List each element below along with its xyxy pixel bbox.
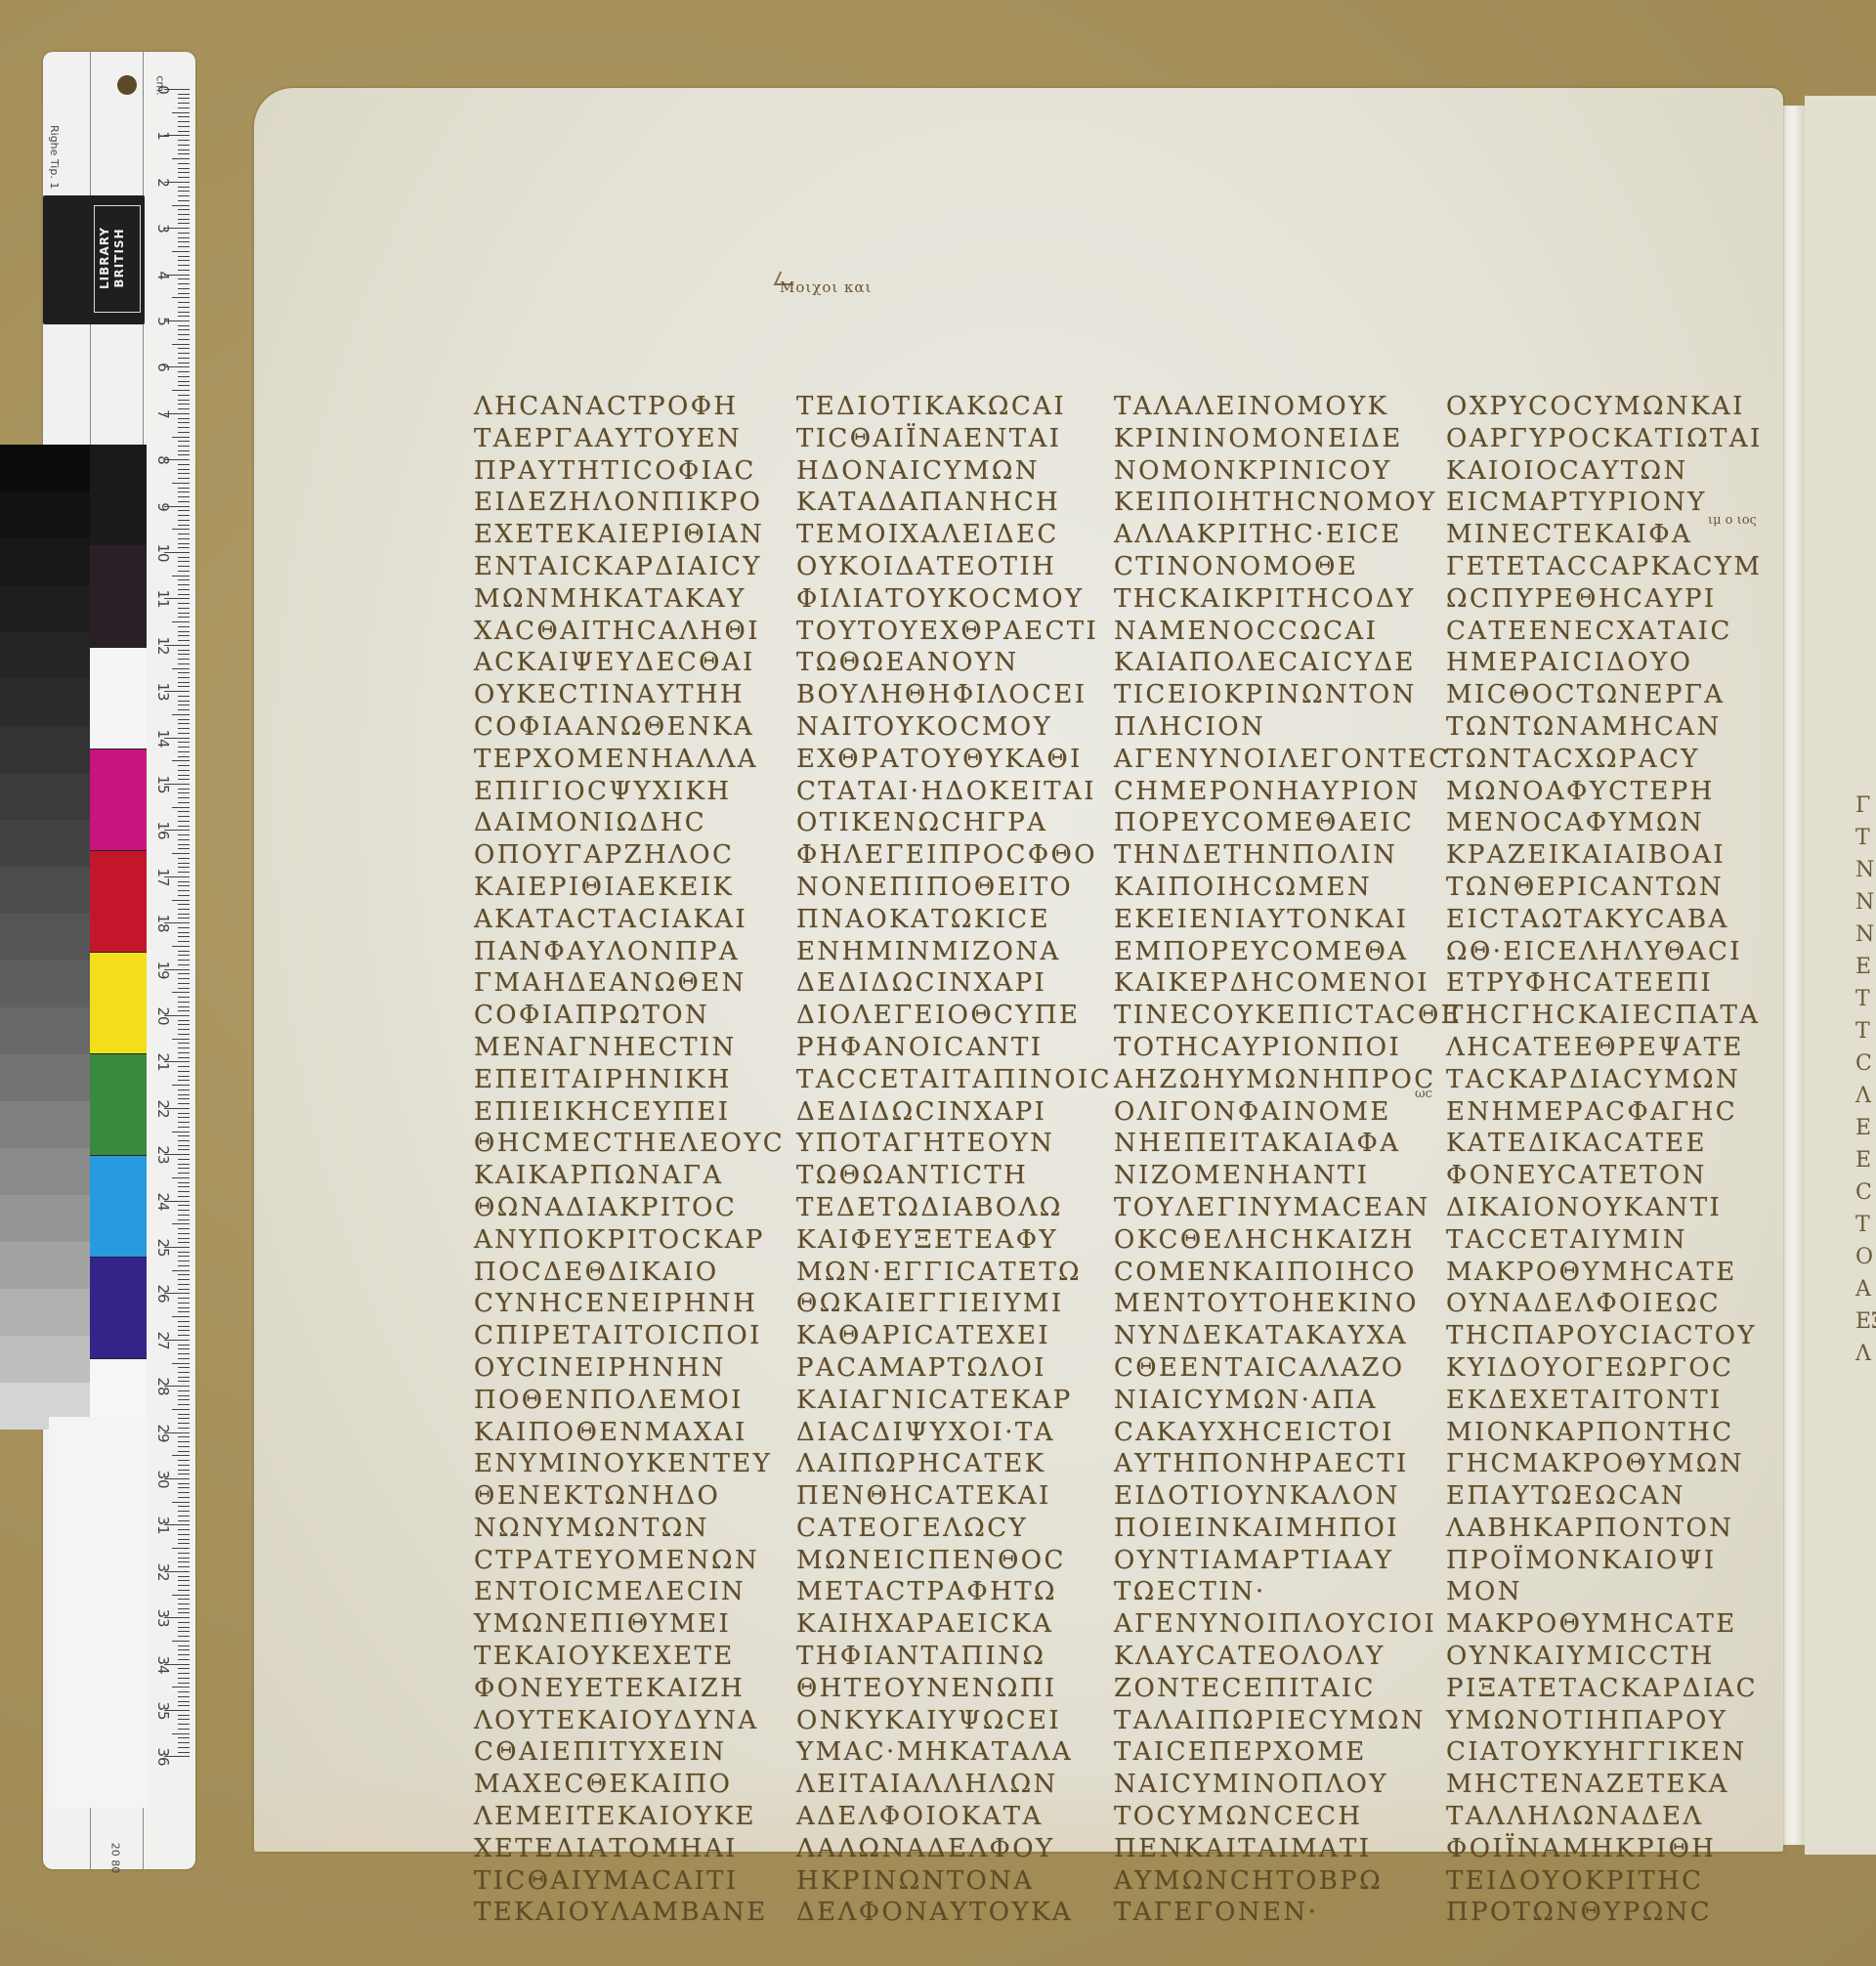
ruler-cm-label: 23 [154, 1140, 172, 1170]
ruler-tick [172, 297, 190, 298]
manuscript-line: ΠΛΗϹΙΟΝ [1114, 711, 1462, 744]
ruler-tick [178, 723, 190, 724]
ruler-tick [172, 1455, 190, 1456]
ruler-tick [178, 881, 190, 882]
ruler-tick [178, 450, 190, 451]
ruler-tick [178, 1135, 190, 1136]
gray-step [0, 961, 90, 1007]
ruler-tick [178, 672, 190, 673]
ruler-tick [178, 733, 190, 734]
ruler-tick [164, 1432, 190, 1433]
facing-page-letter: Α [1855, 1273, 1871, 1305]
color-patch-strip [90, 445, 147, 1461]
facing-page-letter: ΕΞ [1855, 1305, 1876, 1338]
manuscript-line: ΠΟΙΕΙΝΚΑΙΜΗΠΟΙ [1114, 1513, 1462, 1545]
ruler-cm-label: 5 [154, 307, 172, 336]
manuscript-line: ΚΑΘΑΡΙϹΑΤΕΧΕΙ [796, 1320, 1112, 1352]
ruler-tick [178, 1029, 190, 1030]
ruler-cm-label: 4 [154, 261, 172, 290]
ruler-tick [178, 1441, 190, 1442]
facing-page-letter: Ε [1855, 951, 1871, 983]
ruler-tick [178, 584, 190, 585]
ruler-tick [178, 1348, 190, 1349]
manuscript-line: ΤΙϹΘΑΙΥΜΑϹΑΙΤΙ [474, 1865, 785, 1898]
ruler-tick [178, 960, 190, 961]
manuscript-line: ΛΑΙΠΩΡΗϹΑΤΕΚ [796, 1448, 1112, 1480]
manuscript-line: ΤΙϹΕΙΟΚΡΙΝΩΝΤΟΝ [1114, 679, 1462, 711]
ruler-tick [178, 1470, 190, 1471]
ruler-tick [178, 1492, 190, 1493]
ruler-tick [178, 603, 190, 604]
manuscript-line: ΔΑΙΜΟΝΙΩΔΗϹ [474, 807, 785, 839]
manuscript-line: ΘΗΤΕΟΥΝΕΝΩΠΙ [796, 1673, 1112, 1705]
ruler-tick [164, 1154, 190, 1155]
ruler-tick [178, 358, 190, 359]
manuscript-line: ΛΗϹΑΤΕΕΘΡΕΨΑΤΕ [1446, 1032, 1763, 1064]
ruler-tick [178, 1516, 190, 1517]
ruler-tick [178, 515, 190, 516]
ruler-tick [178, 1098, 190, 1099]
ruler-tick [178, 1474, 190, 1474]
manuscript-line: ΤΩΝΤΑϹΧΩΡΑϹΥ [1446, 744, 1763, 776]
ruler-tick [178, 177, 190, 178]
ruler-tick [178, 103, 190, 104]
ruler-tick [178, 863, 190, 864]
ruler-tick [178, 1418, 190, 1419]
ruler-tick [178, 635, 190, 636]
ruler-tick [172, 1363, 190, 1364]
ruler-tick [178, 1002, 190, 1003]
gray-step [0, 1101, 90, 1148]
manuscript-line: ΧΑϹΘΑΙΤΗϹΑΛΗΘΙ [474, 616, 785, 648]
manuscript-line: ΩϹΠΥΡΕΘΗϹΑΥΡΙ [1446, 583, 1763, 616]
ruler-tick [178, 1103, 190, 1104]
ruler-tick [178, 1043, 190, 1044]
manuscript-line: ΠΟΡΕΥϹΟΜΕΘΑΕΙϹ [1114, 807, 1462, 839]
manuscript-line: ϹΑΤΕΕΝΕϹΧΑΤΑΙϹ [1446, 616, 1763, 648]
ruler-tick [178, 1460, 190, 1461]
ruler-tick [178, 1238, 190, 1239]
manuscript-line: ΜΩΝΟΑΦΥϹΤΕΡΗ [1446, 776, 1763, 808]
ruler-cm-label: 26 [154, 1279, 172, 1308]
manuscript-line: ΕΝΤΑΙϹΚΑΡΔΙΑΙϹΥ [474, 551, 785, 583]
ruler-tick [178, 964, 190, 965]
manuscript-line: ΓΜΑΗΔΕΑΝΩΘΕΝ [474, 967, 785, 1000]
manuscript-line: ΠΟϹΔΕΘΔΙΚΑΙΟ [474, 1257, 785, 1289]
facing-page-letter: Ϲ [1855, 1047, 1872, 1080]
ruler-tick [172, 205, 190, 206]
ruler-tick [172, 1641, 190, 1642]
ruler-tick [178, 496, 190, 497]
manuscript-line: ΑΚΑΤΑϹΤΑϹΙΑΚΑΙ [474, 904, 785, 936]
ruler-tick [178, 1539, 190, 1540]
facing-page-letter: Λ [1855, 1338, 1871, 1370]
ruler-tick [178, 172, 190, 173]
gray-step [0, 491, 90, 538]
ruler-tick [178, 422, 190, 423]
color-patch-green [90, 1054, 147, 1156]
manuscript-line: ΕΝΥΜΙΝΟΥΚΕΝΤΕΥ [474, 1448, 785, 1480]
manuscript-line: ΟΠΟΥΓΑΡΖΗΛΟϹ [474, 839, 785, 872]
ruler-tick [164, 228, 190, 229]
ruler-tick [172, 1595, 190, 1596]
ruler-cm-label: 28 [154, 1372, 172, 1401]
ruler-tick [172, 1132, 190, 1133]
ruler-tick [164, 552, 190, 553]
ruler-tick [178, 363, 190, 363]
ruler-tick [172, 1502, 190, 1503]
ruler-tick [178, 617, 190, 618]
ruler-tick [178, 696, 190, 697]
facing-page-letter: Ε [1855, 1112, 1871, 1144]
manuscript-line: ΛΑΒΗΚΑΡΠΟΝΤΟΝ [1446, 1513, 1763, 1545]
manuscript-line: ΜΕΝΤΟΥΤΟΗΕΚΙΝΟ [1114, 1288, 1462, 1320]
ruler-tick [178, 1506, 190, 1507]
ruler-tick [178, 1390, 190, 1391]
ruler-cm-label: 19 [154, 956, 172, 985]
ruler-tick [178, 770, 190, 771]
manuscript-line: ϹΗΜΕΡΟΝΗΑΥΡΙΟΝ [1114, 776, 1462, 808]
ruler-tick [178, 909, 190, 910]
manuscript-line: ΟΥΝΑΔΕΛΦΟΙΕΩϹ [1446, 1288, 1763, 1320]
ruler-cm-label: 18 [154, 909, 172, 938]
manuscript-line: ΚΕΙΠΟΙΗΤΗϹΝΟΜΟΥ [1114, 487, 1462, 519]
ruler-tick [178, 1345, 190, 1346]
manuscript-line: ΜΩΝΜΗΚΑΤΑΚΑΥ [474, 583, 785, 616]
ruler-tick [178, 1377, 190, 1378]
manuscript-line: ΟΥΝΚΑΙΥΜΙϹϹΤΗ [1446, 1641, 1763, 1673]
gray-step [0, 867, 90, 914]
manuscript-line: ΘΩΚΑΙΕΓΓΙΕΙΥΜΙ [796, 1288, 1112, 1320]
ruler-tick [178, 478, 190, 479]
manuscript-line: ΤΕΚΑΙΟΥΚΕΧΕΤΕ [474, 1641, 785, 1673]
manuscript-line: ΝΟΝΕΠΙΠΟΘΕΙΤΟ [796, 872, 1112, 904]
ruler-tick [164, 89, 190, 90]
ruler-tick [164, 1386, 190, 1387]
gray-step [0, 1336, 90, 1383]
ruler-tick [178, 659, 190, 660]
color-patch-cyan [90, 1156, 147, 1258]
manuscript-line: ΤΟϹΥΜΩΝϹΕϹΗ [1114, 1801, 1462, 1833]
manuscript-line: ϹΑΤΕΟΓΕΛΩϹΥ [796, 1513, 1112, 1545]
ruler-tick [178, 1311, 190, 1312]
ruler-tick [178, 121, 190, 122]
manuscript-line: ΜΑΧΕϹΘΕΚΑΙΠΟ [474, 1769, 785, 1801]
manuscript-line: ΤΕΙΔΟΥΟΚΡΙΤΗϹ [1446, 1865, 1763, 1898]
manuscript-line: ΛΟΥΤΕΚΑΙΟΥΔΥΝΑ [474, 1705, 785, 1737]
ruler-tick [164, 922, 190, 923]
ruler-tick [164, 275, 190, 276]
manuscript-line: ΡΑϹΑΜΑΡΤΩΛΟΙ [796, 1352, 1112, 1385]
ruler-tick [164, 135, 190, 136]
ruler-cm-label: 15 [154, 770, 172, 799]
manuscript-line: ΦΗΛΕΓΕΙΠΡΟϹΦΘΟ [796, 839, 1112, 872]
ruler-tick [178, 1627, 190, 1628]
ruler-tick [178, 446, 190, 447]
manuscript-line: ΑΓΕΝΥΝΟΙΠΛΟΥϹΙΟΙ [1114, 1608, 1462, 1641]
ruler-tick [178, 150, 190, 150]
side-note-col4-line: ωc [1415, 1087, 1432, 1101]
ruler-tick [164, 969, 190, 970]
ruler-cm-label: 3 [154, 214, 172, 243]
ruler-cm-label: 14 [154, 724, 172, 753]
manuscript-line: ϹΤΙΝΟΝΟΜΟΘΕ [1114, 551, 1462, 583]
manuscript-line: ΤΟΤΗϹΑΥΡΙΟΝΠΟΙ [1114, 1032, 1462, 1064]
ruler-tick [178, 140, 190, 141]
ruler-tick [178, 1446, 190, 1447]
manuscript-line: ΕΠΕΙΤΑΙΡΗΝΙΚΗ [474, 1064, 785, 1096]
ruler-tick [178, 1529, 190, 1530]
ruler-tick [178, 1631, 190, 1632]
ruler-tick [178, 1576, 190, 1577]
ruler-tick [178, 1404, 190, 1405]
ruler-tick [164, 738, 190, 739]
ruler-tick [164, 876, 190, 877]
ruler-tick [172, 344, 190, 345]
manuscript-line: ΖΟΝΤΕϹΕΠΙΤΑΙϹ [1114, 1673, 1462, 1705]
ruler-tick [178, 701, 190, 702]
ruler-tick [164, 1664, 190, 1665]
ruler-tick [178, 1747, 190, 1748]
manuscript-line: ΑΝΥΠΟΚΡΙΤΟϹΚΑΡ [474, 1224, 785, 1257]
ruler-tick [178, 1256, 190, 1257]
ruler-cm-label: 16 [154, 816, 172, 845]
manuscript-line: ΠΟΘΕΝΠΟΛΕΜΟΙ [474, 1385, 785, 1417]
color-patch-blue [90, 1258, 147, 1359]
ruler-tick [178, 223, 190, 224]
ruler-tick [178, 927, 190, 928]
ruler-tick [178, 1497, 190, 1498]
facing-page-letter: Ϲ [1855, 1176, 1872, 1209]
ruler-tick [164, 1478, 190, 1479]
manuscript-line: ΜΕΝΟϹΑΦΥΜΩΝ [1446, 807, 1763, 839]
gray-step [0, 679, 90, 726]
facing-page-letter: Ν [1855, 919, 1874, 951]
manuscript-line: ΟΑΡΓΥΡΟϹΚΑΤΙΩΤΑΙ [1446, 423, 1763, 455]
ruler-tick [178, 1705, 190, 1706]
ruler-tick [178, 219, 190, 220]
ruler-tick [178, 1553, 190, 1554]
ruler-tick [178, 1242, 190, 1243]
manuscript-line: ΦΟΝΕΥϹΑΤΕΤΟΝ [1446, 1160, 1763, 1192]
manuscript-line: ΤΑΙϹΕΠΕΡΧΟΜΕ [1114, 1736, 1462, 1769]
ruler-tick [172, 946, 190, 947]
ruler-tick [178, 1274, 190, 1275]
manuscript-line: ΚΡΙΝΙΝΟΜΟΝΕΙΔΕ [1114, 423, 1462, 455]
ruler-tick [178, 1590, 190, 1591]
ruler-tick [178, 126, 190, 127]
ruler-tick [164, 784, 190, 785]
manuscript-line: ΡΗΦΑΝΟΙϹΑΝΤΙ [796, 1032, 1112, 1064]
manuscript-line: ΤΑΛΑΙΠΩΡΙΕϹΥΜΩΝ [1114, 1705, 1462, 1737]
ruler-tick [178, 789, 190, 790]
manuscript-line: ΚΡΑΖΕΙΚΑΙΑΙΒΟΑΙ [1446, 839, 1763, 872]
manuscript-line: ΟΥΝΤΙΑΜΑΡΤΙΑΑΥ [1114, 1545, 1462, 1577]
ruler-tick [178, 1436, 190, 1437]
ruler-tick [172, 1085, 190, 1086]
manuscript-line: ΠΑΝΦΑΥΛΟΝΠΡΑ [474, 936, 785, 968]
ruler-tick [178, 1399, 190, 1400]
gray-step [0, 632, 90, 679]
ruler-tick [178, 1024, 190, 1025]
gray-step [0, 773, 90, 820]
facing-page-letter: Ο [1855, 1241, 1873, 1273]
ruler-tick [178, 1520, 190, 1521]
ruler-cm-label: 8 [154, 446, 172, 475]
ruler-tick [178, 543, 190, 544]
ruler-tick [178, 288, 190, 289]
manuscript-line: ΤΩΝΤΩΝΑΜΗϹΑΝ [1446, 711, 1763, 744]
ruler-tick [178, 312, 190, 313]
manuscript-line: ΚΥΙΔΟΥΟΓΕΩΡΓΟϹ [1446, 1352, 1763, 1385]
ruler-tick [172, 807, 190, 808]
color-patch-magenta [90, 749, 147, 851]
ruler-tick [178, 1010, 190, 1011]
ruler-tick [178, 491, 190, 492]
ruler-tick [178, 233, 190, 234]
manuscript-line: ΦΟΝΕΥΕΤΕΚΑΙΖΗ [474, 1673, 785, 1705]
ruler-tick [178, 1691, 190, 1692]
ruler-tick [172, 668, 190, 669]
manuscript-line: ΧΕΤΕΔΙΑΤΟΜΗΑΙ [474, 1833, 785, 1865]
manuscript-line: ΗΔΟΝΑΙϹΥΜΩΝ [796, 455, 1112, 488]
ruler-tick [178, 626, 190, 627]
ruler-tick [178, 918, 190, 919]
manuscript-line: ΦΙΛΙΑΤΟΥΚΟϹΜΟΥ [796, 583, 1112, 616]
manuscript-line: ΕΚΔΕΧΕΤΑΙΤΟΝΤΙ [1446, 1385, 1763, 1417]
ruler-tick [178, 1654, 190, 1655]
ruler-tick [178, 1395, 190, 1396]
ruler-cm-label: 22 [154, 1094, 172, 1124]
ruler-cm-label: 11 [154, 584, 172, 614]
ruler-tick [178, 936, 190, 937]
ruler-tick [178, 1113, 190, 1114]
manuscript-line: ΕΧΘΡΑΤΟΥΘΥΚΑΘΙ [796, 744, 1112, 776]
manuscript-line: ΕΚΕΙΕΝΙΑΥΤΟΝΚΑΙ [1114, 904, 1462, 936]
manuscript-line: ΕΙΔΕΖΗΛΟΝΠΙΚΡΟ [474, 487, 785, 519]
ruler-tick [178, 1715, 190, 1716]
manuscript-line: ϹΤΑΤΑΙ·ΗΔΟΚΕΙΤΑΙ [796, 776, 1112, 808]
ruler-cm-label: 17 [154, 863, 172, 892]
manuscript-line: ΜΗϹΤΕΝΑΖΕΤΕΚΑ [1446, 1769, 1763, 1801]
ruler-tick [178, 792, 190, 793]
ruler-tick [172, 158, 190, 159]
ruler-tick [164, 506, 190, 507]
manuscript-line: ΚΑΤΑΔΑΠΑΝΗϹΗ [796, 487, 1112, 519]
ruler-tick [178, 1047, 190, 1048]
ruler-tick [178, 408, 190, 409]
ruler-tick [178, 872, 190, 873]
manuscript-line: ΒΟΥΛΗΘΗΦΙΛΟϹΕΙ [796, 679, 1112, 711]
ruler-tick [178, 427, 190, 428]
ruler-tick [178, 1372, 190, 1373]
manuscript-line: ΤΩΕϹΤΙΝ· [1114, 1576, 1462, 1608]
ruler-tick [178, 1451, 190, 1452]
manuscript-line: ΜΕΤΑϹΤΡΑΦΗΤΩ [796, 1576, 1112, 1608]
ruler-tick [178, 325, 190, 326]
ruler-tick [178, 751, 190, 752]
ruler-tick [178, 1298, 190, 1299]
ruler-tick [178, 1265, 190, 1266]
british-library-label: LIBRARY BRITISH [43, 195, 145, 324]
ruler-tick [178, 988, 190, 989]
manuscript-line: ΥΜΩΝΕΠΙΘΥΜΕΙ [474, 1608, 785, 1641]
ruler-tick [178, 608, 190, 609]
ruler-tick [178, 1673, 190, 1674]
ruler-tick [178, 1289, 190, 1290]
ruler-cm-label: 9 [154, 492, 172, 522]
ruler-tick [178, 1330, 190, 1331]
ruler-tick [178, 418, 190, 419]
ruler-bottom-number-2: 80 [108, 1859, 121, 1873]
ruler-tick [178, 270, 190, 271]
manuscript-line: ΝΑΜΕΝΟϹϹΩϹΑΙ [1114, 616, 1462, 648]
ruler-tick [178, 256, 190, 257]
ruler-tick [178, 1140, 190, 1141]
ruler-tick [178, 302, 190, 303]
ruler-tick [178, 1483, 190, 1484]
ruler-tick [164, 413, 190, 414]
ruler-tick [178, 1182, 190, 1183]
manuscript-line: ΜΩΝΕΙϹΠΕΝΘΟϹ [796, 1545, 1112, 1577]
manuscript-line: ΠΡΟΪΜΟΝΚΑΙΟΨΙ [1446, 1545, 1763, 1577]
ruler-cm-label: 27 [154, 1326, 172, 1355]
manuscript-line: ΤΕΚΑΙΟΥΛΑΜΒΑΝΕ [474, 1897, 785, 1929]
manuscript-line: ΤΗΦΙΑΝΤΑΠΙΝΩ [796, 1641, 1112, 1673]
ruler-tick [178, 811, 190, 812]
ruler-cm-label: 21 [154, 1047, 172, 1077]
ruler-tick [178, 1117, 190, 1118]
ruler-tick [178, 1668, 190, 1669]
ruler-cm-label: 25 [154, 1233, 172, 1262]
ruler-tick [178, 1303, 190, 1304]
manuscript-line: ΕΝΗΜΕΡΑϹΦΑΓΗϹ [1446, 1096, 1763, 1129]
ruler-tick [178, 705, 190, 705]
top-marginal-note: Μοιχοι και [780, 278, 872, 296]
manuscript-line: ΤΩΝΘΕΡΙϹΑΝΤΩΝ [1446, 872, 1763, 904]
ruler-tick [172, 1316, 190, 1317]
manuscript-line: ΚΑΙΑΓΝΙϹΑΤΕΚΑΡ [796, 1385, 1112, 1417]
ruler-cm-label: 7 [154, 400, 172, 429]
ruler-tick [178, 650, 190, 651]
ruler-cm-label: 24 [154, 1187, 172, 1217]
ruler-tick [178, 839, 190, 840]
ruler-tick [178, 844, 190, 845]
ruler-tick [178, 473, 190, 474]
manuscript-line: ΕΜΠΟΡΕΥϹΟΜΕΘΑ [1114, 936, 1462, 968]
ruler-tick [178, 973, 190, 974]
ruler-tick [178, 904, 190, 905]
ruler-tick [178, 978, 190, 979]
manuscript-line: ϹΘΕΕΝΤΑΙϹΑΛΑΖΟ [1114, 1352, 1462, 1385]
ruler-tick [178, 890, 190, 891]
manuscript-line: ΤΕΡΧΟΜΕΝΗΑΛΛΑ [474, 744, 785, 776]
manuscript-line: ΝΑΙΤΟΥΚΟϹΜΟΥ [796, 711, 1112, 744]
ruler-tick [178, 1719, 190, 1720]
manuscript-line: ΕΤΡΥΦΗϹΑΤΕΕΠΙ [1446, 967, 1763, 1000]
manuscript-line: ΕΝΤΟΙϹΜΕΛΕϹΙΝ [474, 1576, 785, 1608]
facing-page-letter: Ν [1855, 854, 1874, 886]
ruler-tick [178, 589, 190, 590]
ruler-tick [178, 1326, 190, 1327]
ruler-tick [172, 390, 190, 391]
manuscript-line: ΘΗϹΜΕϹΤΗΕΛΕΟΥϹ [474, 1128, 785, 1160]
manuscript-line: ΟΥΚΟΙΔΑΤΕΟΤΙΗ [796, 551, 1112, 583]
manuscript-line: ΤΩΘΩΕΑΝΟΥΝ [796, 647, 1112, 679]
ruler-tick [172, 112, 190, 113]
ruler-tick [178, 1701, 190, 1702]
ruler-tick [178, 1261, 190, 1261]
